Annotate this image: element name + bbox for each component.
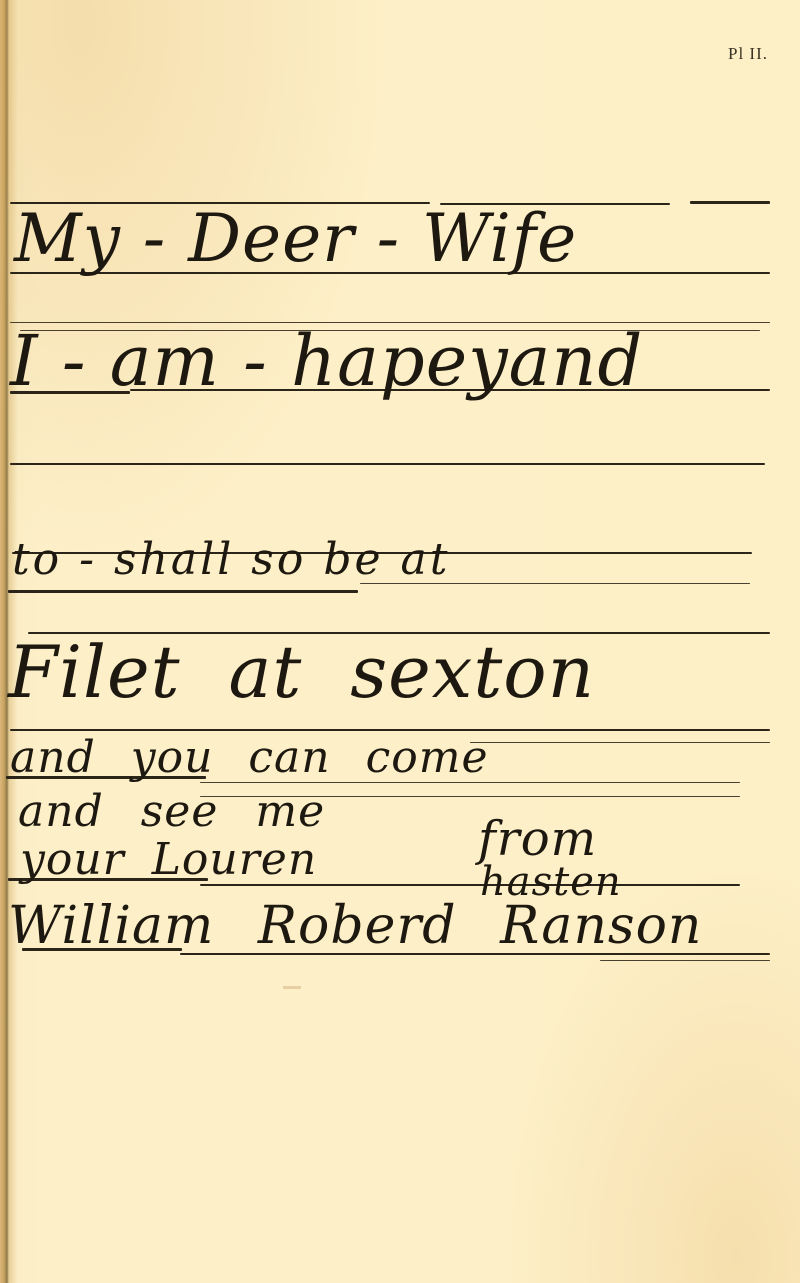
letter-line-from: from (478, 815, 597, 863)
letter-line-1: I - am - hapeyand (10, 326, 643, 396)
ruled-line (690, 201, 770, 204)
letter-line-5: and see me (18, 790, 325, 834)
ruled-line (470, 742, 770, 743)
ruled-line (10, 729, 770, 731)
letter-line-4: and you can come (10, 736, 489, 780)
letter-line-6: your Louren (20, 838, 317, 882)
letter-line-2: to - shall so be at (12, 538, 450, 582)
ink-smudge (283, 986, 301, 989)
signature: William Roberd Ranson (8, 900, 702, 952)
salutation: My - Deer - Wife (14, 206, 577, 272)
ruled-line (10, 463, 765, 465)
plate-label: Pl II. (728, 44, 768, 64)
ruled-line (8, 590, 358, 593)
ruled-line (600, 960, 770, 961)
scanned-page: Pl II. My - Deer - Wife I - am - hapeyan… (0, 0, 800, 1283)
letter-line-3: Filet at sexton (8, 636, 595, 708)
